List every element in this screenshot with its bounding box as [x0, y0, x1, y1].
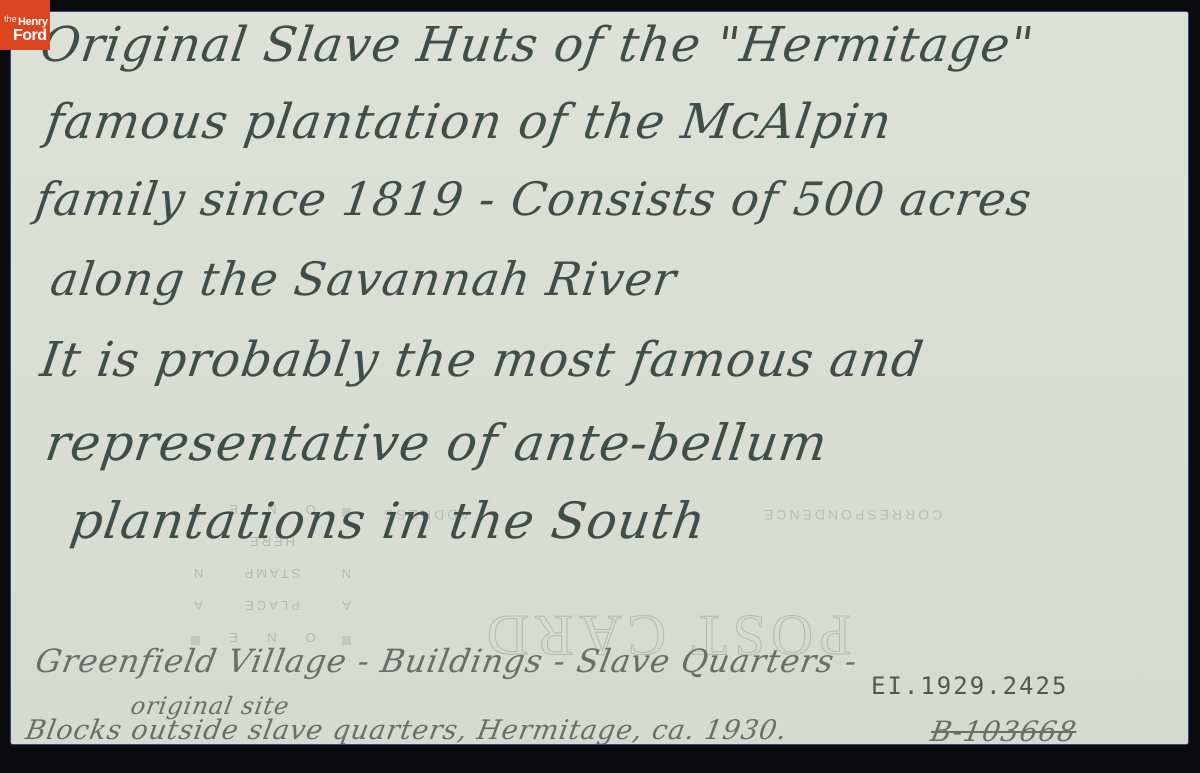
catalog-number: EI.1929.2425: [871, 672, 1068, 700]
stamp-text: A: [339, 598, 351, 613]
stamp-box-row: A PLACE A: [191, 598, 351, 613]
stamp-text: N: [339, 566, 351, 581]
stamp-text: A: [191, 598, 203, 613]
stamp-text: PLACE: [242, 598, 300, 613]
pencil-caption-line-2: Blocks outside slave quarters, Hermitage…: [23, 715, 790, 745]
logo-the-text: the: [4, 14, 17, 24]
pencil-caption-line-1: Greenfield Village - Buildings - Slave Q…: [33, 642, 861, 680]
stamp-text: STAMP: [242, 566, 301, 581]
old-catalog-number: B-103668: [928, 715, 1079, 745]
handwritten-line-2: famous plantation of the McAlpin: [42, 94, 896, 150]
the-henry-ford-logo[interactable]: the Henry Ford: [0, 0, 50, 50]
handwritten-line-5: It is probably the most famous and: [37, 332, 927, 388]
logo-ford-text: Ford: [13, 27, 47, 45]
stamp-box-row: N STAMP N: [191, 566, 351, 581]
stamp-text: N: [191, 566, 203, 581]
handwritten-line-6: representative of ante-bellum: [42, 414, 832, 472]
printed-correspondence-label: CORRESPONDENCE: [761, 507, 942, 523]
postcard-back: POST CARD CORRESPONDENCE ADDRESS O N E H…: [10, 11, 1189, 745]
handwritten-line-4: along the Savannah River: [47, 252, 680, 306]
handwritten-line-3: family since 1819 - Consists of 500 acre…: [32, 172, 1035, 226]
handwritten-line-7: plantations in the South: [67, 492, 710, 550]
handwritten-line-1: Original Slave Huts of the "Hermitage": [37, 17, 1037, 73]
